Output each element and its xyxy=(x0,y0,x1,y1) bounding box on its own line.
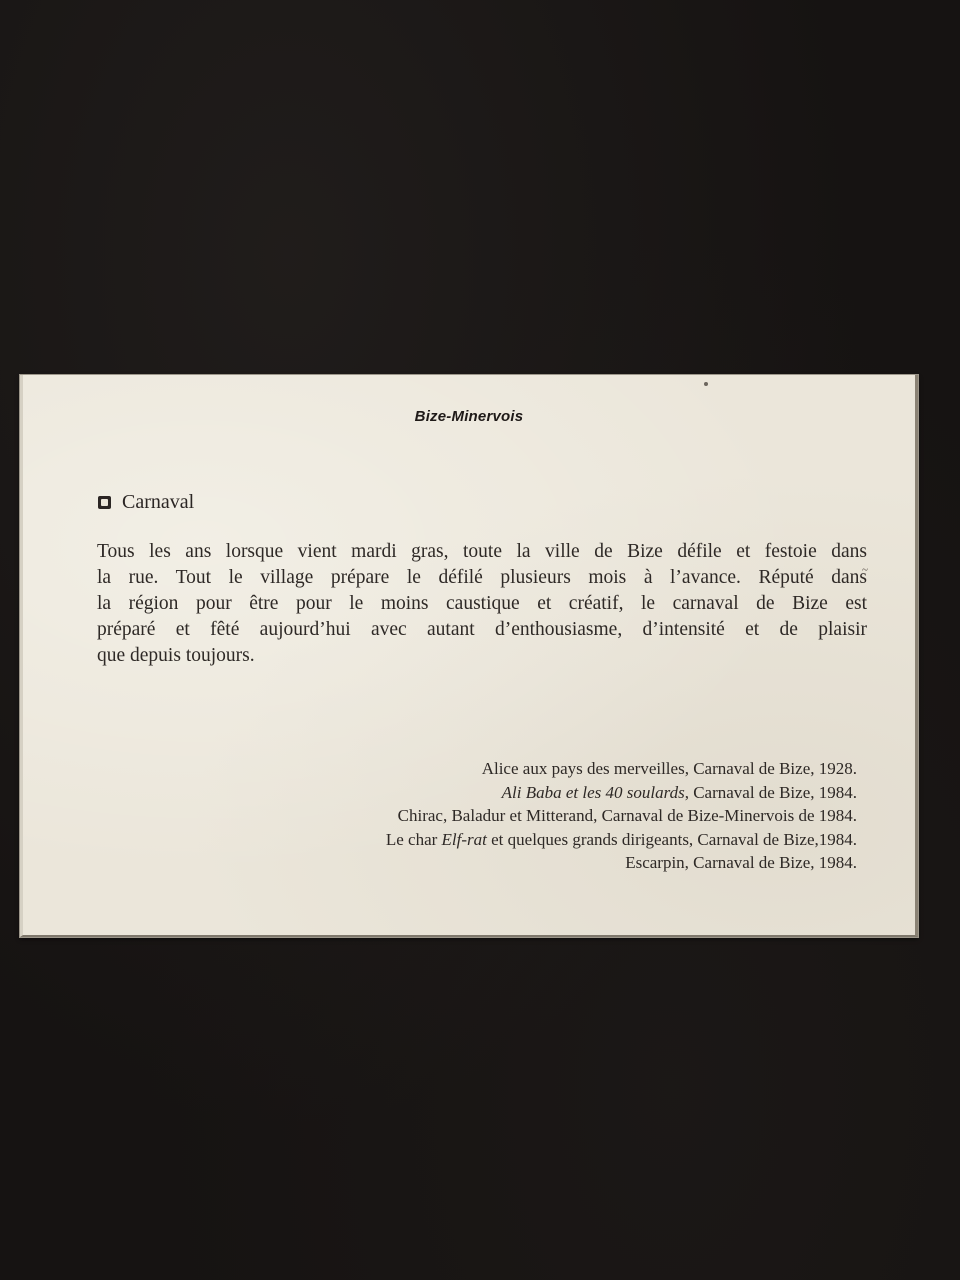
caption-line: Escarpin, Carnaval de Bize, 1984. xyxy=(386,851,857,875)
caption-italic-title: Ali Baba et les 40 soulards xyxy=(502,783,685,802)
caption-text: , Carnaval de Bize, 1984. xyxy=(685,783,857,802)
description-line: que depuis toujours. xyxy=(97,643,867,669)
caption-line: Ali Baba et les 40 soulards, Carnaval de… xyxy=(386,781,857,805)
description-paragraph: Tous les ans lorsque vient mardi gras, t… xyxy=(97,539,867,669)
section-heading: Carnaval xyxy=(98,491,194,514)
caption-text: et quelques grands dirigeants, Carnaval … xyxy=(487,830,857,849)
description-line: la rue. Tout le village prépare le défil… xyxy=(97,565,867,591)
caption-text: Chirac, Baladur et Mitterand, Carnaval d… xyxy=(398,806,857,825)
caption-italic-title: Elf-rat xyxy=(442,830,487,849)
caption-text: Escarpin, Carnaval de Bize, 1984. xyxy=(625,853,857,872)
handwritten-margin-mark: ~ xyxy=(862,564,868,576)
caption-line: Alice aux pays des merveilles, Carnaval … xyxy=(386,757,857,781)
paper-speck xyxy=(704,382,708,386)
description-line: la région pour être pour le moins causti… xyxy=(97,591,867,617)
photo-captions: Alice aux pays des merveilles, Carnaval … xyxy=(386,757,857,875)
description-line: Tous les ans lorsque vient mardi gras, t… xyxy=(97,539,867,565)
caption-text: Alice aux pays des merveilles, Carnaval … xyxy=(482,759,857,778)
caption-line: Le char Elf-rat et quelques grands dirig… xyxy=(386,828,857,852)
caption-prefix: Le char xyxy=(386,830,442,849)
placard-card: Bize-Minervois Carnaval Tous les ans lor… xyxy=(20,375,918,937)
place-title: Bize-Minervois xyxy=(23,408,915,425)
square-bullet-icon xyxy=(98,496,111,509)
section-heading-label: Carnaval xyxy=(122,491,194,514)
description-line: préparé et fêté aujourd’hui avec autant … xyxy=(97,617,867,643)
caption-line: Chirac, Baladur et Mitterand, Carnaval d… xyxy=(386,804,857,828)
